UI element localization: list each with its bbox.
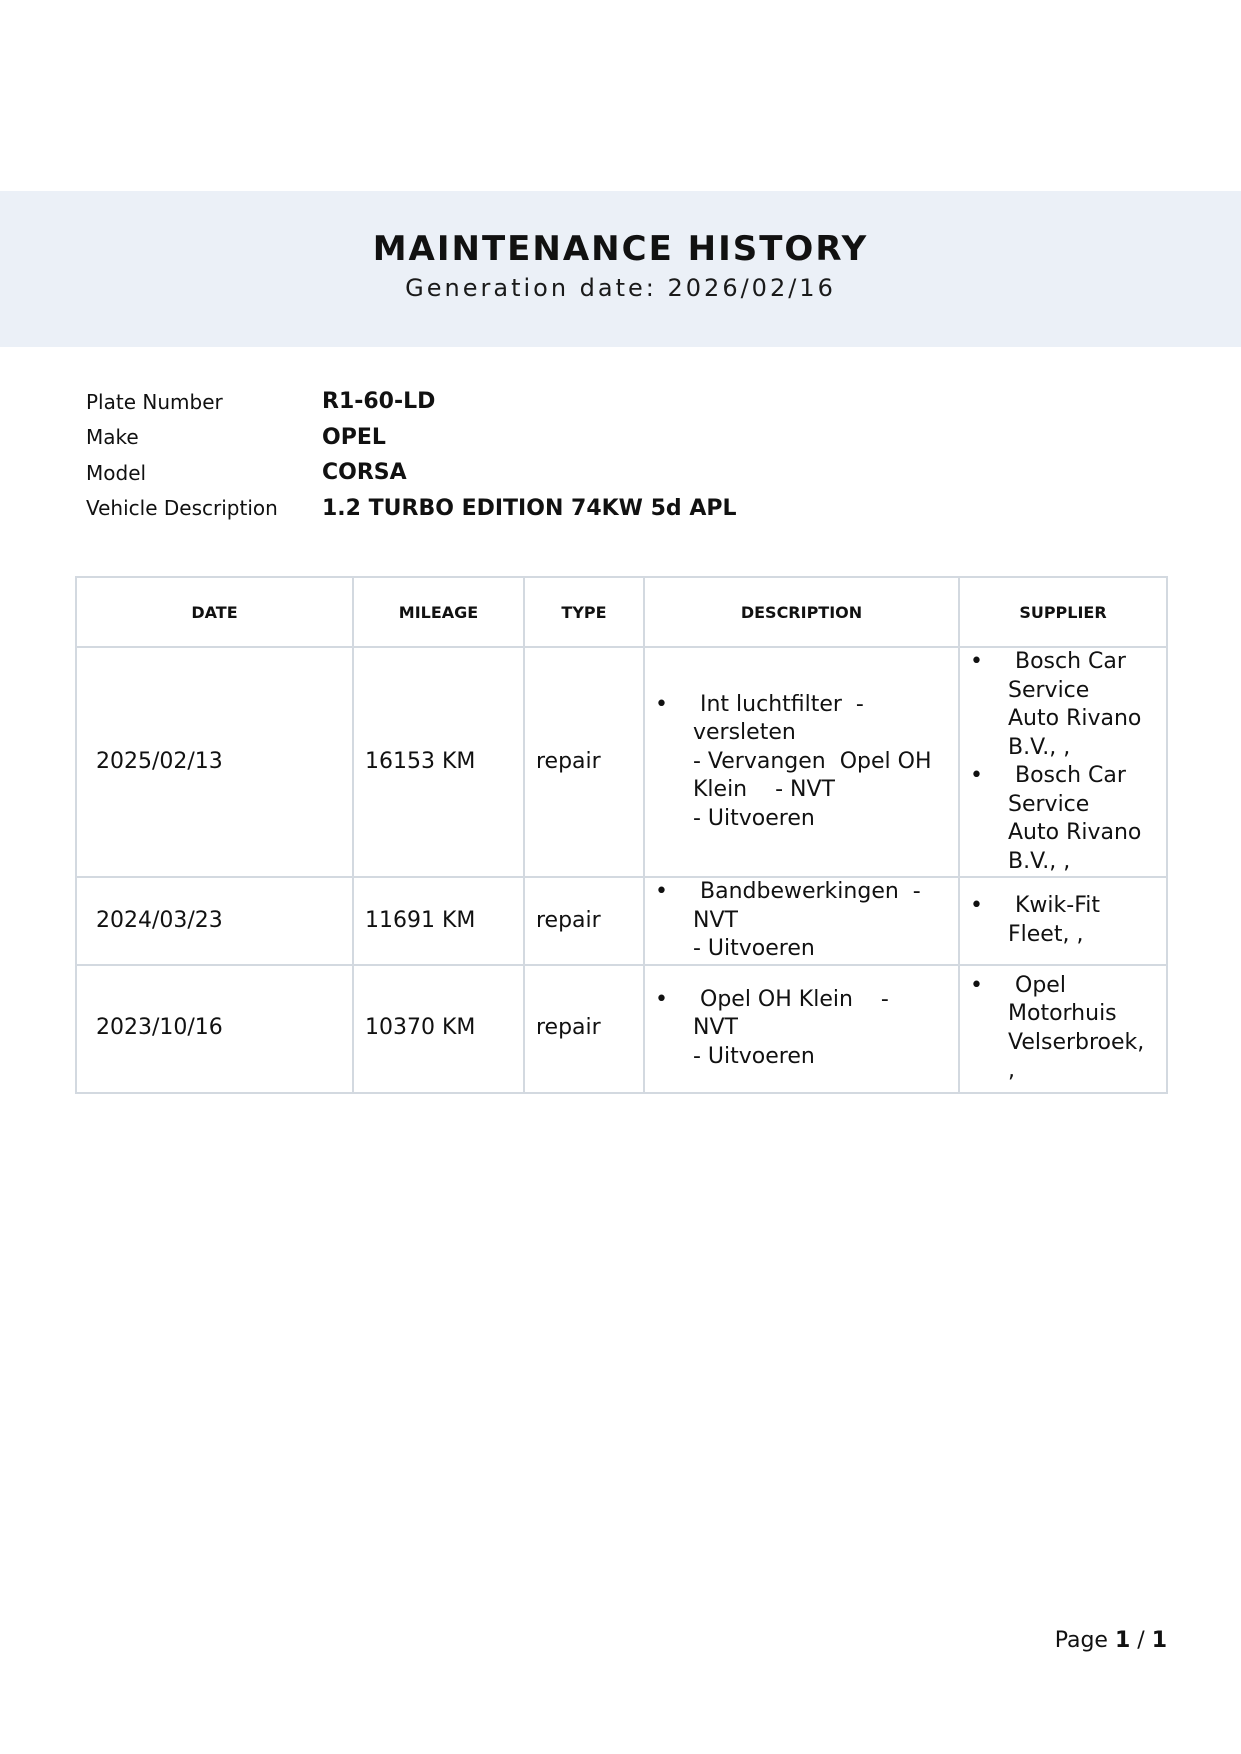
- list-item: •Opel OH Klein -NVT- Uitvoeren: [645, 986, 958, 1072]
- list-item: •Int luchtfilter -versleten- Vervangen O…: [645, 691, 958, 834]
- column-header-type: TYPE: [524, 577, 644, 647]
- model-value: CORSA: [322, 460, 407, 485]
- text-line: Opel OH Klein -: [693, 986, 952, 1015]
- cell-supplier-list: •OpelMotorhuisVelserbroek,,: [960, 972, 1166, 1086]
- page-indicator: Page 1 / 1: [1055, 1628, 1167, 1653]
- info-row-vehicle-description: Vehicle Description 1.2 TURBO EDITION 74…: [86, 491, 737, 527]
- cell-mileage: 16153 KM: [353, 647, 524, 877]
- list-item: •Bosch CarServiceAuto RivanoB.V., ,: [960, 648, 1166, 762]
- page-separator: /: [1137, 1628, 1144, 1653]
- vehicle-description-label: Vehicle Description: [86, 496, 322, 520]
- table-header-row: DATE MILEAGE TYPE DESCRIPTION SUPPLIER: [76, 577, 1167, 647]
- cell-mileage: 10370 KM: [353, 965, 524, 1093]
- cell-date: 2025/02/13: [76, 647, 353, 877]
- text-line: Int luchtfilter -: [693, 691, 952, 720]
- cell-description-list: •Int luchtfilter -versleten- Vervangen O…: [645, 691, 958, 834]
- text-line: NVT: [693, 907, 952, 936]
- table-row: 2025/02/1316153 KMrepair•Int luchtfilter…: [76, 647, 1167, 877]
- generation-date: Generation date: 2026/02/16: [0, 274, 1241, 302]
- table-body: 2025/02/1316153 KMrepair•Int luchtfilter…: [76, 647, 1167, 1093]
- table-row: 2023/10/1610370 KMrepair•Opel OH Klein -…: [76, 965, 1167, 1093]
- document-title: MAINTENANCE HISTORY: [0, 229, 1241, 269]
- cell-type: repair: [524, 965, 644, 1093]
- column-header-description: DESCRIPTION: [644, 577, 959, 647]
- text-line: Kwik-Fit: [1008, 892, 1160, 921]
- info-row-model: Model CORSA: [86, 455, 737, 491]
- bullet-icon: •: [970, 892, 983, 921]
- text-line: Service: [1008, 791, 1160, 820]
- bullet-icon: •: [655, 986, 668, 1015]
- text-line: Bandbewerkingen -: [693, 878, 952, 907]
- vehicle-info: Plate Number R1-60-LD Make OPEL Model CO…: [86, 384, 737, 526]
- cell-description: •Opel OH Klein -NVT- Uitvoeren: [644, 965, 959, 1093]
- text-line: - Uitvoeren: [693, 805, 952, 834]
- cell-supplier: •Bosch CarServiceAuto RivanoB.V., ,•Bosc…: [959, 647, 1167, 877]
- cell-date: 2024/03/23: [76, 877, 353, 965]
- text-line: Bosch Car: [1008, 648, 1160, 677]
- list-item: •Bosch CarServiceAuto RivanoB.V., ,: [960, 762, 1166, 876]
- text-line: NVT: [693, 1014, 952, 1043]
- column-header-supplier: SUPPLIER: [959, 577, 1167, 647]
- plate-number-label: Plate Number: [86, 390, 322, 414]
- bullet-icon: •: [655, 878, 668, 907]
- cell-type: repair: [524, 647, 644, 877]
- cell-description: •Bandbewerkingen -NVT- Uitvoeren: [644, 877, 959, 965]
- text-line: Klein - NVT: [693, 776, 952, 805]
- vehicle-description-value: 1.2 TURBO EDITION 74KW 5d APL: [322, 496, 737, 521]
- table-row: 2024/03/2311691 KMrepair•Bandbewerkingen…: [76, 877, 1167, 965]
- text-line: Motorhuis: [1008, 1000, 1160, 1029]
- cell-date: 2023/10/16: [76, 965, 353, 1093]
- make-value: OPEL: [322, 425, 386, 450]
- column-header-mileage: MILEAGE: [353, 577, 524, 647]
- text-line: Service: [1008, 677, 1160, 706]
- text-line: Auto Rivano: [1008, 819, 1160, 848]
- text-line: B.V., ,: [1008, 848, 1160, 877]
- text-line: B.V., ,: [1008, 734, 1160, 763]
- cell-description-list: •Opel OH Klein -NVT- Uitvoeren: [645, 986, 958, 1072]
- text-line: Fleet, ,: [1008, 921, 1160, 950]
- cell-supplier: •OpelMotorhuisVelserbroek,,: [959, 965, 1167, 1093]
- bullet-icon: •: [970, 762, 983, 791]
- list-item: •Kwik-FitFleet, ,: [960, 892, 1166, 949]
- bullet-icon: •: [970, 972, 983, 1001]
- maintenance-table: DATE MILEAGE TYPE DESCRIPTION SUPPLIER 2…: [75, 576, 1168, 1094]
- list-item: •OpelMotorhuisVelserbroek,,: [960, 972, 1166, 1086]
- generation-date-label: Generation date:: [405, 274, 657, 302]
- cell-description: •Int luchtfilter -versleten- Vervangen O…: [644, 647, 959, 877]
- make-label: Make: [86, 425, 322, 449]
- cell-supplier: •Kwik-FitFleet, ,: [959, 877, 1167, 965]
- cell-description-list: •Bandbewerkingen -NVT- Uitvoeren: [645, 878, 958, 964]
- text-line: Bosch Car: [1008, 762, 1160, 791]
- cell-supplier-list: •Bosch CarServiceAuto RivanoB.V., ,•Bosc…: [960, 648, 1166, 876]
- total-pages: 1: [1152, 1628, 1167, 1653]
- text-line: - Vervangen Opel OH: [693, 748, 952, 777]
- text-line: versleten: [693, 719, 952, 748]
- bullet-icon: •: [970, 648, 983, 677]
- cell-supplier-list: •Kwik-FitFleet, ,: [960, 892, 1166, 949]
- generation-date-value: 2026/02/16: [668, 274, 836, 302]
- plate-number-value: R1-60-LD: [322, 389, 435, 414]
- text-line: Auto Rivano: [1008, 705, 1160, 734]
- text-line: - Uitvoeren: [693, 935, 952, 964]
- text-line: Opel: [1008, 972, 1160, 1001]
- current-page: 1: [1115, 1628, 1130, 1653]
- model-label: Model: [86, 461, 322, 485]
- text-line: Velserbroek,: [1008, 1029, 1160, 1058]
- bullet-icon: •: [655, 691, 668, 720]
- info-row-make: Make OPEL: [86, 420, 737, 456]
- text-line: - Uitvoeren: [693, 1043, 952, 1072]
- cell-mileage: 11691 KM: [353, 877, 524, 965]
- list-item: •Bandbewerkingen -NVT- Uitvoeren: [645, 878, 958, 964]
- page-label: Page: [1055, 1628, 1108, 1653]
- header-banner: MAINTENANCE HISTORY Generation date: 202…: [0, 191, 1241, 347]
- cell-type: repair: [524, 877, 644, 965]
- info-row-plate-number: Plate Number R1-60-LD: [86, 384, 737, 420]
- text-line: ,: [1008, 1057, 1160, 1086]
- column-header-date: DATE: [76, 577, 353, 647]
